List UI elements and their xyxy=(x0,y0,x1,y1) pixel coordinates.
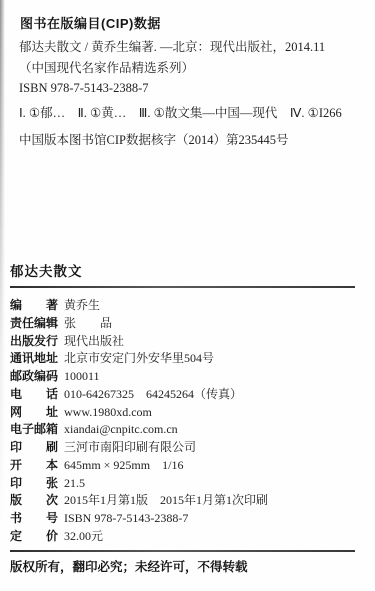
detail-value: www.1980xd.com xyxy=(64,405,152,420)
detail-row: 编著 黄乔生 xyxy=(10,296,360,314)
detail-value: 100011 xyxy=(64,369,100,384)
cip-series-line: （中国现代名家作品精选系列） xyxy=(19,58,325,79)
detail-value: 2015年1月第1版 2015年1月第1次印刷 xyxy=(64,491,268,508)
detail-value: xiandai@cnpitc.com.cn xyxy=(64,422,178,437)
detail-row: 电子邮箱 xiandai@cnpitc.com.cn xyxy=(10,420,360,438)
detail-label: 出版发行 xyxy=(10,332,58,349)
detail-label: 书号 xyxy=(10,509,58,526)
detail-label: 印张 xyxy=(10,474,58,491)
detail-row: 书号 ISBN 978-7-5143-2388-7 xyxy=(10,509,360,527)
detail-row: 网址 www.1980xd.com xyxy=(10,403,360,421)
detail-label: 版次 xyxy=(10,491,58,508)
cip-entry-block: 郁达夫散文 / 黄乔生编著. —北京：现代出版社，2014.11 （中国现代名家… xyxy=(19,37,325,99)
detail-value: 现代出版社 xyxy=(64,332,124,349)
divider-bottom xyxy=(10,550,355,552)
detail-row: 版次 2015年1月第1版 2015年1月第1次印刷 xyxy=(10,491,360,509)
detail-row: 定价 32.00元 xyxy=(10,527,360,545)
detail-row: 责任编辑 张 品 xyxy=(10,314,360,332)
detail-value: 北京市安定门外安华里504号 xyxy=(64,349,214,366)
cip-classification: Ⅰ. ①郁… Ⅱ. ①黄… Ⅲ. ①散文集—中国—现代 Ⅳ. ①I266 xyxy=(19,103,342,121)
detail-row: 邮政编码 100011 xyxy=(10,367,360,385)
cip-entry-line: 郁达夫散文 / 黄乔生编著. —北京：现代出版社，2014.11 xyxy=(19,37,325,58)
detail-value: 21.5 xyxy=(64,476,85,491)
detail-row: 通讯地址 北京市安定门外安华里504号 xyxy=(10,349,360,367)
detail-label: 电子邮箱 xyxy=(10,420,58,437)
detail-value: 三河市南阳印刷有限公司 xyxy=(64,438,196,455)
detail-label: 定价 xyxy=(10,527,58,544)
detail-value: ISBN 978-7-5143-2388-7 xyxy=(64,511,188,526)
detail-label: 电话 xyxy=(10,385,58,402)
detail-label: 印刷 xyxy=(10,438,58,455)
detail-row: 开本 645mm × 925mm 1/16 xyxy=(10,456,360,474)
copyright-notice: 版权所有，翻印必究；未经许可，不得转载 xyxy=(10,557,248,575)
detail-label: 通讯地址 xyxy=(10,349,58,366)
detail-label: 网址 xyxy=(10,403,58,420)
detail-label: 责任编辑 xyxy=(10,314,58,331)
detail-value: 645mm × 925mm 1/16 xyxy=(64,456,183,473)
detail-row: 印刷 三河市南阳印刷有限公司 xyxy=(10,438,360,456)
cip-heading: 图书在版编目(CIP)数据 xyxy=(20,13,161,32)
cip-isbn-line: ISBN 978-7-5143-2388-7 xyxy=(19,78,325,99)
detail-label: 编著 xyxy=(10,296,58,313)
detail-value: 32.00元 xyxy=(64,527,103,544)
book-title: 郁达夫散文 xyxy=(10,260,83,280)
publication-details: 编著 黄乔生 责任编辑 张 品 出版发行 现代出版社 通讯地址 北京市安定门外安… xyxy=(10,296,360,545)
scan-edge-shadow xyxy=(0,0,5,591)
detail-value: 黄乔生 xyxy=(64,296,100,313)
copyright-page: 图书在版编目(CIP)数据 郁达夫散文 / 黄乔生编著. —北京：现代出版社，2… xyxy=(0,0,375,591)
detail-label: 开本 xyxy=(10,456,58,473)
detail-row: 印张 21.5 xyxy=(10,474,360,492)
detail-value: 010-64267325 64245264（传真） xyxy=(64,385,242,402)
detail-label: 邮政编码 xyxy=(10,367,58,384)
cip-record-number: 中国版本图书馆CIP数据核字（2014）第235445号 xyxy=(19,130,288,148)
detail-row: 电话 010-64267325 64245264（传真） xyxy=(10,385,360,403)
detail-row: 出版发行 现代出版社 xyxy=(10,332,360,350)
detail-value: 张 品 xyxy=(64,314,112,331)
divider-top xyxy=(10,286,355,288)
